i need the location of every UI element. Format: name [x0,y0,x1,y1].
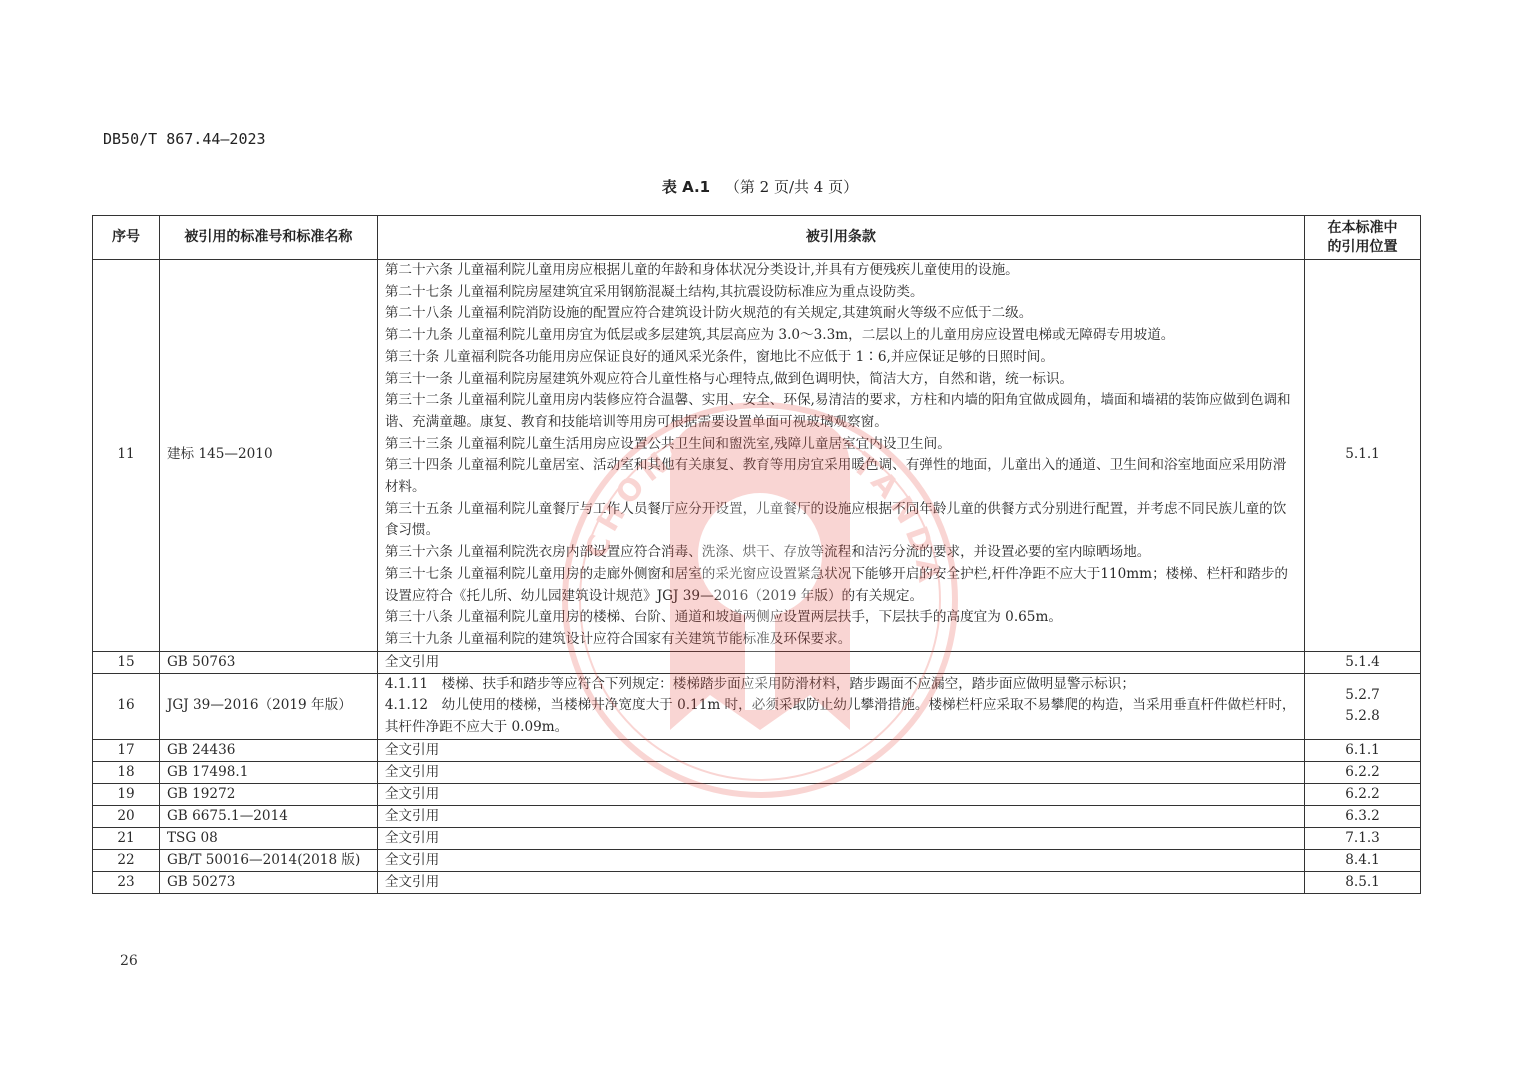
position-ref: 6.1.1 [1312,740,1413,761]
clause-text: 第二十九条 儿童福利院儿童用房宜为低层或多层建筑,其层高应为 3.0～3.3m，… [385,325,1297,347]
cell-position: 8.5.1 [1305,871,1421,893]
cell-position: 6.1.1 [1305,739,1421,761]
clause-text: 全文引用 [385,850,1297,871]
position-ref: 6.2.2 [1312,762,1413,783]
header-clause: 被引用条款 [377,216,1304,260]
clause-text: 第三十四条 儿童福利院儿童居室、活动室和其他有关康复、教育等用房宜采用暖色调、有… [385,455,1297,498]
clause-text: 第二十六条 儿童福利院儿童用房应根据儿童的年龄和身体状况分类设计,并具有方便残疾… [385,260,1297,282]
cell-seq: 19 [93,783,160,805]
clause-text: 第三十一条 儿童福利院房屋建筑外观应符合儿童性格与心理特点,做到色调明快，简洁大… [385,369,1297,391]
cell-position: 6.3.2 [1305,805,1421,827]
cell-seq: 22 [93,849,160,871]
clause-text: 第三十九条 儿童福利院的建筑设计应符合国家有关建筑节能标准及环保要求。 [385,629,1297,651]
header-standard: 被引用的标准号和标准名称 [159,216,377,260]
page-number: 26 [120,953,138,969]
clause-text: 第三十八条 儿童福利院儿童用房的楼梯、台阶、通道和坡道两侧应设置两层扶手，下层扶… [385,607,1297,629]
position-ref: 5.1.1 [1312,444,1413,466]
table-page-indicator: （第 2 页/共 4 页） [725,178,858,196]
cell-position: 5.1.1 [1305,260,1421,652]
table-caption: 表 A.1 （第 2 页/共 4 页） [0,176,1520,197]
cell-clause: 全文引用 [377,849,1304,871]
table-row: 23GB 50273全文引用8.5.1 [93,871,1421,893]
clause-text: 全文引用 [385,740,1297,761]
cell-clause: 全文引用 [377,827,1304,849]
cell-position: 5.1.4 [1305,651,1421,673]
cell-standard: GB 50273 [159,871,377,893]
cell-clause: 全文引用 [377,871,1304,893]
cell-standard: GB/T 50016—2014(2018 版) [159,849,377,871]
clause-text: 全文引用 [385,872,1297,893]
cell-clause: 4.1.11 楼梯、扶手和踏步等应符合下列规定：楼梯踏步面应采用防滑材料，踏步踢… [377,673,1304,739]
position-ref: 6.3.2 [1312,806,1413,827]
position-ref: 7.1.3 [1312,828,1413,849]
position-ref: 5.1.4 [1312,652,1413,673]
table-header-row: 序号 被引用的标准号和标准名称 被引用条款 在本标准中 的引用位置 [93,216,1421,260]
clause-text: 第三十六条 儿童福利院洗衣房内部设置应符合消毒、洗涤、烘干、存放等流程和洁污分流… [385,542,1297,564]
cell-seq: 17 [93,739,160,761]
table-row: 18GB 17498.1全文引用6.2.2 [93,761,1421,783]
table-row: 16JGJ 39—2016（2019 年版）4.1.11 楼梯、扶手和踏步等应符… [93,673,1421,739]
cell-clause: 全文引用 [377,651,1304,673]
cell-clause: 全文引用 [377,761,1304,783]
header-position-line1: 在本标准中 [1312,219,1413,238]
cell-standard: GB 24436 [159,739,377,761]
cell-seq: 21 [93,827,160,849]
table-row: 15GB 50763全文引用5.1.4 [93,651,1421,673]
cell-seq: 15 [93,651,160,673]
clause-text: 全文引用 [385,652,1297,673]
cell-seq: 23 [93,871,160,893]
cell-standard: TSG 08 [159,827,377,849]
clause-text: 第三十二条 儿童福利院儿童用房内装修应符合温馨、实用、安全、环保,易清洁的要求，… [385,390,1297,433]
clause-text: 第三十五条 儿童福利院儿童餐厅与工作人员餐厅应分开设置，儿童餐厅的设施应根据不同… [385,499,1297,542]
referenced-standards-table: 序号 被引用的标准号和标准名称 被引用条款 在本标准中 的引用位置 11建标 1… [92,215,1421,894]
clause-text: 第三十七条 儿童福利院儿童用房的走廊外侧窗和居室的采光窗应设置紧急状况下能够开启… [385,564,1297,607]
cell-seq: 20 [93,805,160,827]
cell-position: 5.2.75.2.8 [1305,673,1421,739]
cell-seq: 18 [93,761,160,783]
document-code: DB50/T 867.44—2023 [103,130,266,148]
header-position: 在本标准中 的引用位置 [1305,216,1421,260]
clause-text: 4.1.12 幼儿使用的楼梯，当楼梯井净宽度大于 0.11m 时，必须采取防止幼… [385,695,1297,738]
table-row: 21TSG 08全文引用7.1.3 [93,827,1421,849]
cell-standard: GB 19272 [159,783,377,805]
table-row: 20GB 6675.1—2014全文引用6.3.2 [93,805,1421,827]
cell-standard: 建标 145—2010 [159,260,377,652]
table-row: 17GB 24436全文引用6.1.1 [93,739,1421,761]
cell-standard: GB 6675.1—2014 [159,805,377,827]
clause-text: 第二十八条 儿童福利院消防设施的配置应符合建筑设计防火规范的有关规定,其建筑耐火… [385,303,1297,325]
header-position-line2: 的引用位置 [1312,238,1413,257]
cell-standard: JGJ 39—2016（2019 年版） [159,673,377,739]
table-row: 22GB/T 50016—2014(2018 版)全文引用8.4.1 [93,849,1421,871]
clause-text: 第二十七条 儿童福利院房屋建筑宜采用钢筋混凝土结构,其抗震设防标准应为重点设防类… [385,282,1297,304]
table-row: 19GB 19272全文引用6.2.2 [93,783,1421,805]
cell-clause: 全文引用 [377,739,1304,761]
clause-text: 4.1.11 楼梯、扶手和踏步等应符合下列规定：楼梯踏步面应采用防滑材料，踏步踢… [385,674,1297,696]
cell-seq: 16 [93,673,160,739]
cell-position: 6.2.2 [1305,783,1421,805]
cell-seq: 11 [93,260,160,652]
cell-standard: GB 50763 [159,651,377,673]
cell-standard: GB 17498.1 [159,761,377,783]
clause-text: 第三十条 儿童福利院各功能用房应保证良好的通风采光条件，窗地比不应低于 1∶6,… [385,347,1297,369]
cell-position: 8.4.1 [1305,849,1421,871]
clause-text: 第三十三条 儿童福利院儿童生活用房应设置公共卫生间和盥洗室,残障儿童居室宜内设卫… [385,434,1297,456]
position-ref: 6.2.2 [1312,784,1413,805]
clause-text: 全文引用 [385,828,1297,849]
position-ref: 5.2.7 [1312,685,1413,707]
clause-text: 全文引用 [385,762,1297,783]
position-ref: 8.4.1 [1312,850,1413,871]
cell-position: 7.1.3 [1305,827,1421,849]
table-row: 11建标 145—2010第二十六条 儿童福利院儿童用房应根据儿童的年龄和身体状… [93,260,1421,652]
position-ref: 8.5.1 [1312,872,1413,893]
position-ref: 5.2.8 [1312,706,1413,728]
clause-text: 全文引用 [385,806,1297,827]
header-seq: 序号 [93,216,160,260]
cell-clause: 第二十六条 儿童福利院儿童用房应根据儿童的年龄和身体状况分类设计,并具有方便残疾… [377,260,1304,652]
table-body: 11建标 145—2010第二十六条 儿童福利院儿童用房应根据儿童的年龄和身体状… [93,260,1421,894]
table-title: 表 A.1 [662,178,710,196]
clause-text: 全文引用 [385,784,1297,805]
cell-clause: 全文引用 [377,783,1304,805]
cell-clause: 全文引用 [377,805,1304,827]
cell-position: 6.2.2 [1305,761,1421,783]
